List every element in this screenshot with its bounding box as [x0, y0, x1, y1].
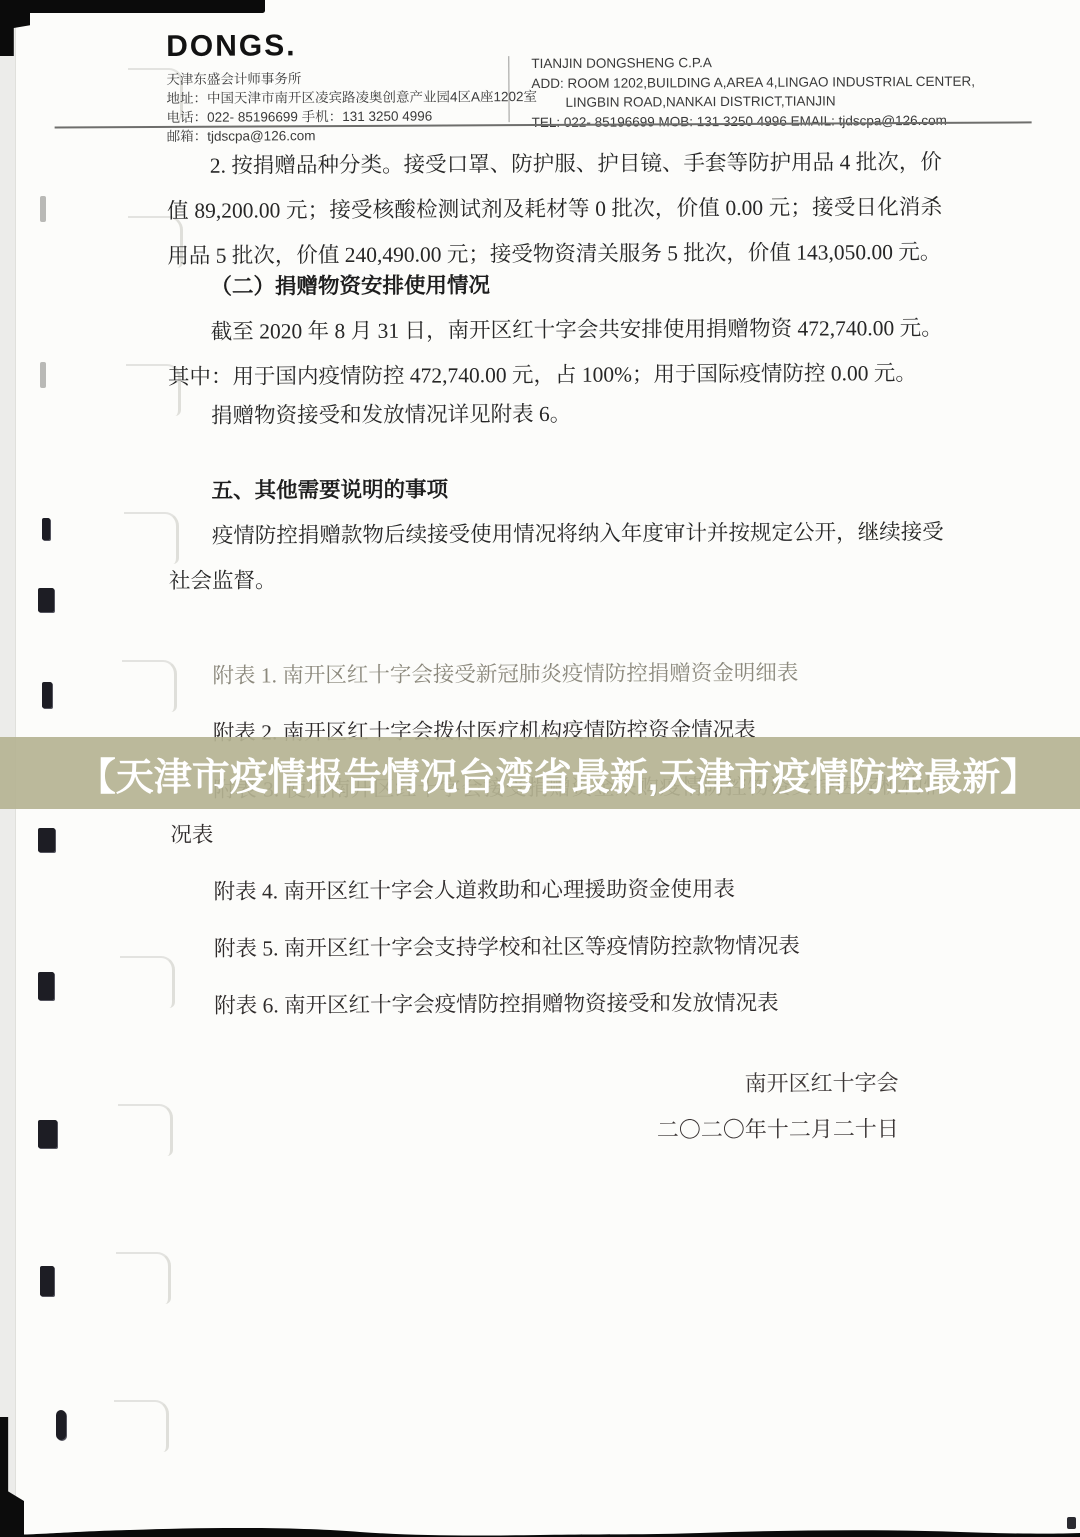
company-name-en: TIANJIN DONGSHENG C.P.A	[531, 52, 975, 74]
scan-bottom-edge-shadow	[0, 1523, 1080, 1537]
document-body: 2. 按捐赠品种分类。接受口罩、防护服、护目镜、手套等防护用品 4 批次，价值 …	[167, 140, 947, 1156]
appendix-list: 附表 1. 南开区红十字会接受新冠肺炎疫情防控捐赠资金明细表 附表 2. 南开区…	[169, 650, 946, 1029]
paragraph-appendix-reference: 捐赠物资接受和发放情况详见附表 6。	[168, 390, 943, 439]
company-address-en-2: LINGBIN ROAD,NANKAI DISTRICT,TIANJIN	[531, 91, 975, 113]
signature-organization: 南开区红十字会	[172, 1060, 899, 1110]
scanned-document-page: DONGS. 天津东盛会计师事务所 地址：中国天津市南开区凌宾路凌奥创意产业园4…	[0, 0, 1080, 1537]
paragraph-donation-categories: 2. 按捐赠品种分类。接受口罩、防护服、护目镜、手套等防护用品 4 批次，价值 …	[167, 140, 943, 279]
watermark-banner-text: 【天津市疫情报告情况台湾省最新,天津市疫情防控最新】	[78, 746, 1039, 801]
heading-section-5: 五、其他需要说明的事项	[168, 465, 943, 514]
appendix-item-4: 附表 4. 南开区红十字会人道救助和心理援助资金使用表	[171, 866, 946, 915]
paragraph-supervision: 疫情防控捐赠款物后续接受使用情况将纳入年度审计并按规定公开，继续接受社会监督。	[169, 510, 944, 604]
appendix-item-6: 附表 6. 南开区红十字会疫情防控捐赠物资接受和发放情况表	[171, 980, 946, 1029]
signature-block: 南开区红十字会 二〇二〇年十二月二十日	[172, 1060, 947, 1156]
watermark-banner: 【天津市疫情报告情况台湾省最新,天津市疫情防控最新】	[0, 737, 1080, 809]
appendix-item-1: 附表 1. 南开区红十字会接受新冠肺炎疫情防控捐赠资金明细表	[169, 650, 944, 699]
signature-date: 二〇二〇年十二月二十日	[172, 1106, 899, 1156]
letterhead-divider	[508, 56, 509, 122]
paragraph-usage-summary: 截至 2020 年 8 月 31 日，南开区红十字会共安排使用捐赠物资 472,…	[168, 306, 943, 400]
scan-bottom-right-speck	[1067, 1517, 1076, 1529]
appendix-item-5: 附表 5. 南开区红十字会支持学校和社区等疫情防控款物情况表	[171, 923, 946, 972]
company-address-en-1: ADD: ROOM 1202,BUILDING A,AREA 4,LINGAO …	[531, 71, 975, 93]
letterhead: DONGS. 天津东盛会计师事务所 地址：中国天津市南开区凌宾路凌奥创意产业园4…	[166, 25, 1027, 146]
